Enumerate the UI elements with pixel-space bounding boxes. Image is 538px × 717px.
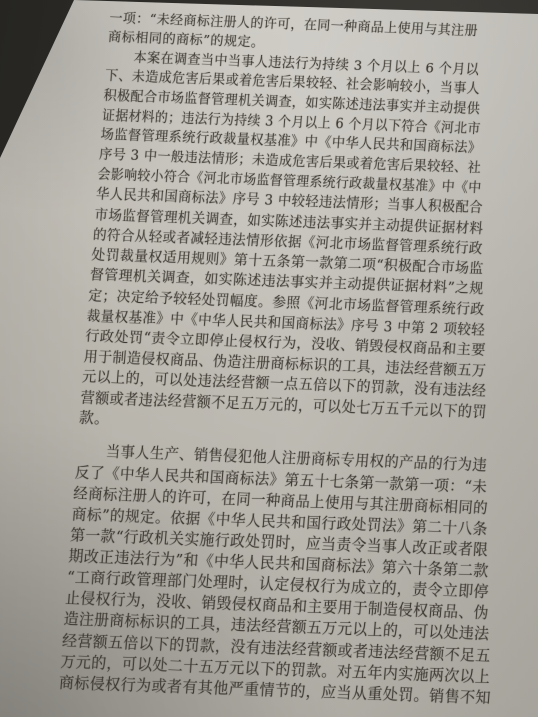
- paragraph: 本案在调查当中当事人违法行为持续 3 个月以上 6 个月以下、未造成危害后果或着…: [78, 48, 481, 443]
- photo-background: 一项：“未经商标注册人的许可，在同一种商品上使用与其注册商标相同的商标”的规定。…: [0, 0, 538, 717]
- document-page: 一项：“未经商标注册人的许可，在同一种商品上使用与其注册商标相同的商标”的规定。…: [0, 0, 538, 717]
- document-text: 一项：“未经商标注册人的许可，在同一种商品上使用与其注册商标相同的商标”的规定。…: [58, 9, 484, 708]
- paragraph: 当事人生产、销售侵犯他人注册商标专用权的产品的行为违反了《中华人民共和国商标法》…: [58, 441, 451, 708]
